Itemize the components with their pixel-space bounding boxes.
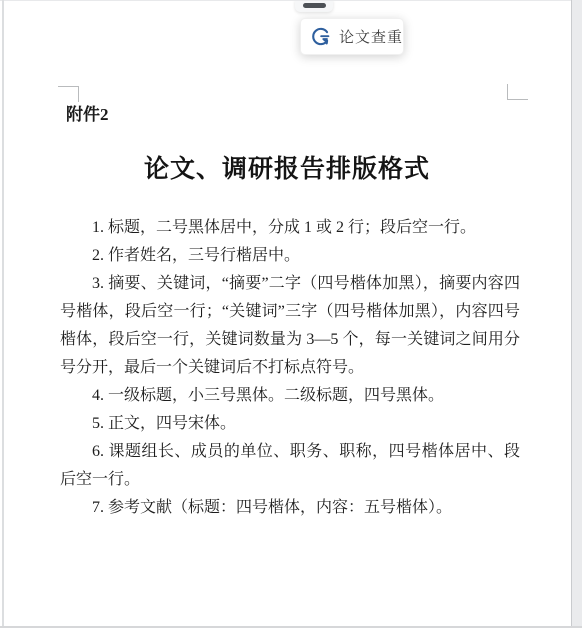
doc-paragraph-2: 2. 作者姓名，三号行楷居中。 [60, 242, 520, 270]
minimize-dash-icon [303, 3, 326, 8]
paper-check-button[interactable]: 论文查重 [300, 18, 404, 55]
paper-recheck-icon [310, 26, 331, 47]
doc-paragraph-3: 3. 摘要、关键词，“摘要”二字（四号楷体加黑），摘要内容四号楷体，段后空一行；… [60, 270, 520, 382]
window-top-edge [0, 0, 582, 1]
doc-paragraph-1: 1. 标题，二号黑体居中，分成 1 或 2 行；段后空一行。 [60, 214, 520, 242]
attachment-label: 附件2 [66, 100, 109, 125]
document-body: 1. 标题，二号黑体居中，分成 1 或 2 行；段后空一行。 2. 作者姓名，三… [60, 214, 520, 522]
paper-check-button-label: 论文查重 [339, 26, 403, 47]
app-canvas: 附件2 论文、调研报告排版格式 1. 标题，二号黑体居中，分成 1 或 2 行；… [0, 0, 582, 628]
page-left-edge-line [2, 0, 4, 628]
doc-paragraph-4: 4. 一级标题，小三号黑体。二级标题，四号黑体。 [60, 382, 520, 410]
doc-paragraph-6: 6. 课题组长、成员的单位、职务、职称，四号楷体居中、段后空一行。 [60, 438, 520, 494]
scrollbar-gutter[interactable] [571, 0, 582, 628]
document-title: 论文、调研报告排版格式 [4, 149, 570, 185]
clipped-toolbar-remnant[interactable] [295, 0, 333, 12]
document-page: 附件2 论文、调研报告排版格式 1. 标题，二号黑体居中，分成 1 或 2 行；… [4, 0, 570, 626]
margin-crop-mark-top-right [507, 84, 528, 100]
doc-paragraph-7: 7. 参考文献（标题：四号楷体，内容：五号楷体）。 [60, 494, 520, 522]
doc-paragraph-5: 5. 正文，四号宋体。 [60, 410, 520, 438]
